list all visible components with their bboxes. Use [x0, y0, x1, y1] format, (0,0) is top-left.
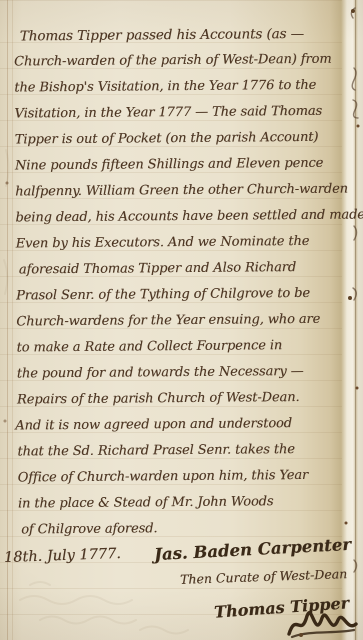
manuscript-line: the Bishop's Visitation, in the Year 177… — [14, 73, 354, 102]
manuscript-line: aforesaid Thomas Tipper and Also Richard — [19, 255, 356, 284]
adjacent-page-writing — [345, 0, 363, 640]
manuscript-line: being dead, his Accounts have been settl… — [15, 203, 355, 232]
manuscript-line: to make a Rate and Collect Fourpence in — [16, 333, 356, 362]
manuscript-line: that the Sd. Richard Prasel Senr. takes … — [17, 437, 357, 466]
manuscript-line: Visitation, in the Year 1777 — The said … — [14, 99, 354, 128]
manuscript-text: Thomas Tipper passed his Accounts (as — … — [14, 21, 359, 544]
manuscript-line: in the place & Stead of Mr. John Woods — [18, 489, 358, 518]
manuscript-line: Church-wardens for the Year ensuing, who… — [16, 307, 356, 336]
manuscript-line: halfpenny. William Green the other Churc… — [15, 177, 355, 206]
manuscript-line: And it is now agreed upon and understood — [15, 411, 357, 440]
manuscript-line: Office of Church-warden upon him, this Y… — [18, 463, 358, 492]
manuscript-line: the pound for and towards the Necessary … — [17, 359, 357, 388]
manuscript-line: Even by his Executors. And we Nominate t… — [16, 229, 356, 258]
manuscript-line: Thomas Tipper passed his Accounts (as — — [20, 21, 354, 50]
manuscript-page: Thomas Tipper passed his Accounts (as — … — [0, 0, 363, 640]
scanned-manuscript: { "manuscript": { "lines": [ "Thomas Tip… — [0, 0, 363, 640]
manuscript-line: Church-warden of the parish of West-Dean… — [14, 47, 354, 76]
manuscript-line: Prasol Senr. of the Tything of Chilgrove… — [16, 281, 356, 310]
manuscript-line: Repairs of the parish Church of West-Dea… — [17, 385, 357, 414]
manuscript-line: Nine pounds fifteen Shillings and Eleven… — [15, 151, 355, 180]
manuscript-line: Tipper is out of Pocket (on the parish A… — [15, 125, 355, 154]
ink-specks — [0, 0, 2, 2]
